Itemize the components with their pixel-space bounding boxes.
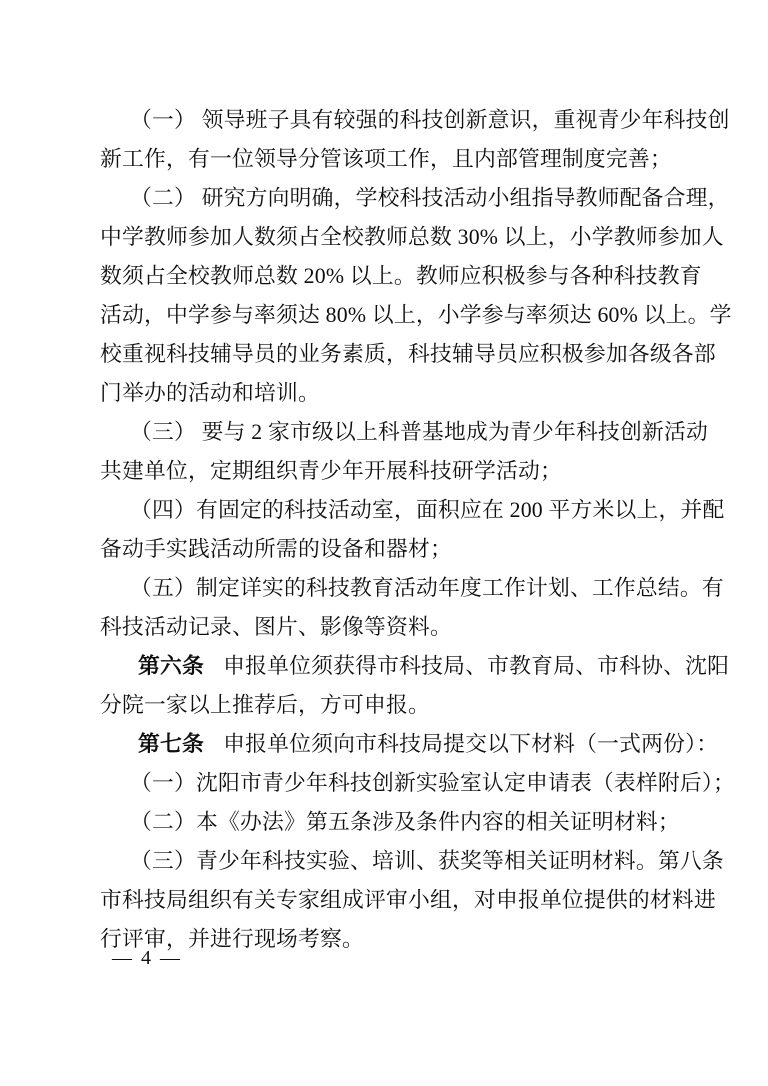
text-line: 校重视科技辅导员的业务素质，科技辅导员应积极参加各级各部 [100,335,668,374]
page-number: — 4 — [112,944,182,972]
text-line: 市科技局组织有关专家组成评审小组，对申报单位提供的材料进 [100,881,668,920]
text-line: 第六条申报单位须获得市科技局、市教育局、市科协、沈阳 [100,647,668,686]
text-line: （三）青少年科技实验、培训、获奖等相关证明材料。第八条 [100,842,668,881]
text-line: （三） 要与 2 家市级以上科普基地成为青少年科技创新活动 [100,413,668,452]
text-line: 科技活动记录、图片、影像等资料。 [100,608,668,647]
text-line: 分院一家以上推荐后，方可申报。 [100,686,668,725]
text-line: 活动，中学参与率须达 80% 以上，小学参与率须达 60% 以上。学 [100,296,668,335]
document-body: （一） 领导班子具有较强的科技创新意识，重视青少年科技创新工作，有一位领导分管该… [100,101,668,959]
text-line: 数须占全校教师总数 20% 以上。教师应积极参与各种科技教育 [100,257,668,296]
text-line: （二）本《办法》第五条涉及条件内容的相关证明材料； [100,803,668,842]
document-page: （一） 领导班子具有较强的科技创新意识，重视青少年科技创新工作，有一位领导分管该… [0,0,768,1086]
text-line: 共建单位，定期组织青少年开展科技研学活动； [100,452,668,491]
text-line: 新工作，有一位领导分管该项工作，且内部管理制度完善； [100,140,668,179]
text-line: （一） 领导班子具有较强的科技创新意识，重视青少年科技创 [100,101,668,140]
text-line: （一）沈阳市青少年科技创新实验室认定申请表（表样附后）； [100,764,668,803]
text-line: （四）有固定的科技活动室，面积应在 200 平方米以上，并配 [100,491,668,530]
text-line: 第七条申报单位须向市科技局提交以下材料（一式两份）： [100,725,668,764]
article-number: 第六条 [138,654,204,678]
text-line: 行评审，并进行现场考察。 [100,920,668,959]
text-line: 门举办的活动和培训。 [100,374,668,413]
text-line: 中学教师参加人数须占全校教师总数 30% 以上，小学教师参加人 [100,218,668,257]
text-line: （二） 研究方向明确，学校科技活动小组指导教师配备合理， [100,179,668,218]
text-line: 备动手实践活动所需的设备和器材； [100,530,668,569]
article-number: 第七条 [138,732,204,756]
text-line: （五）制定详实的科技教育活动年度工作计划、工作总结。有 [100,569,668,608]
